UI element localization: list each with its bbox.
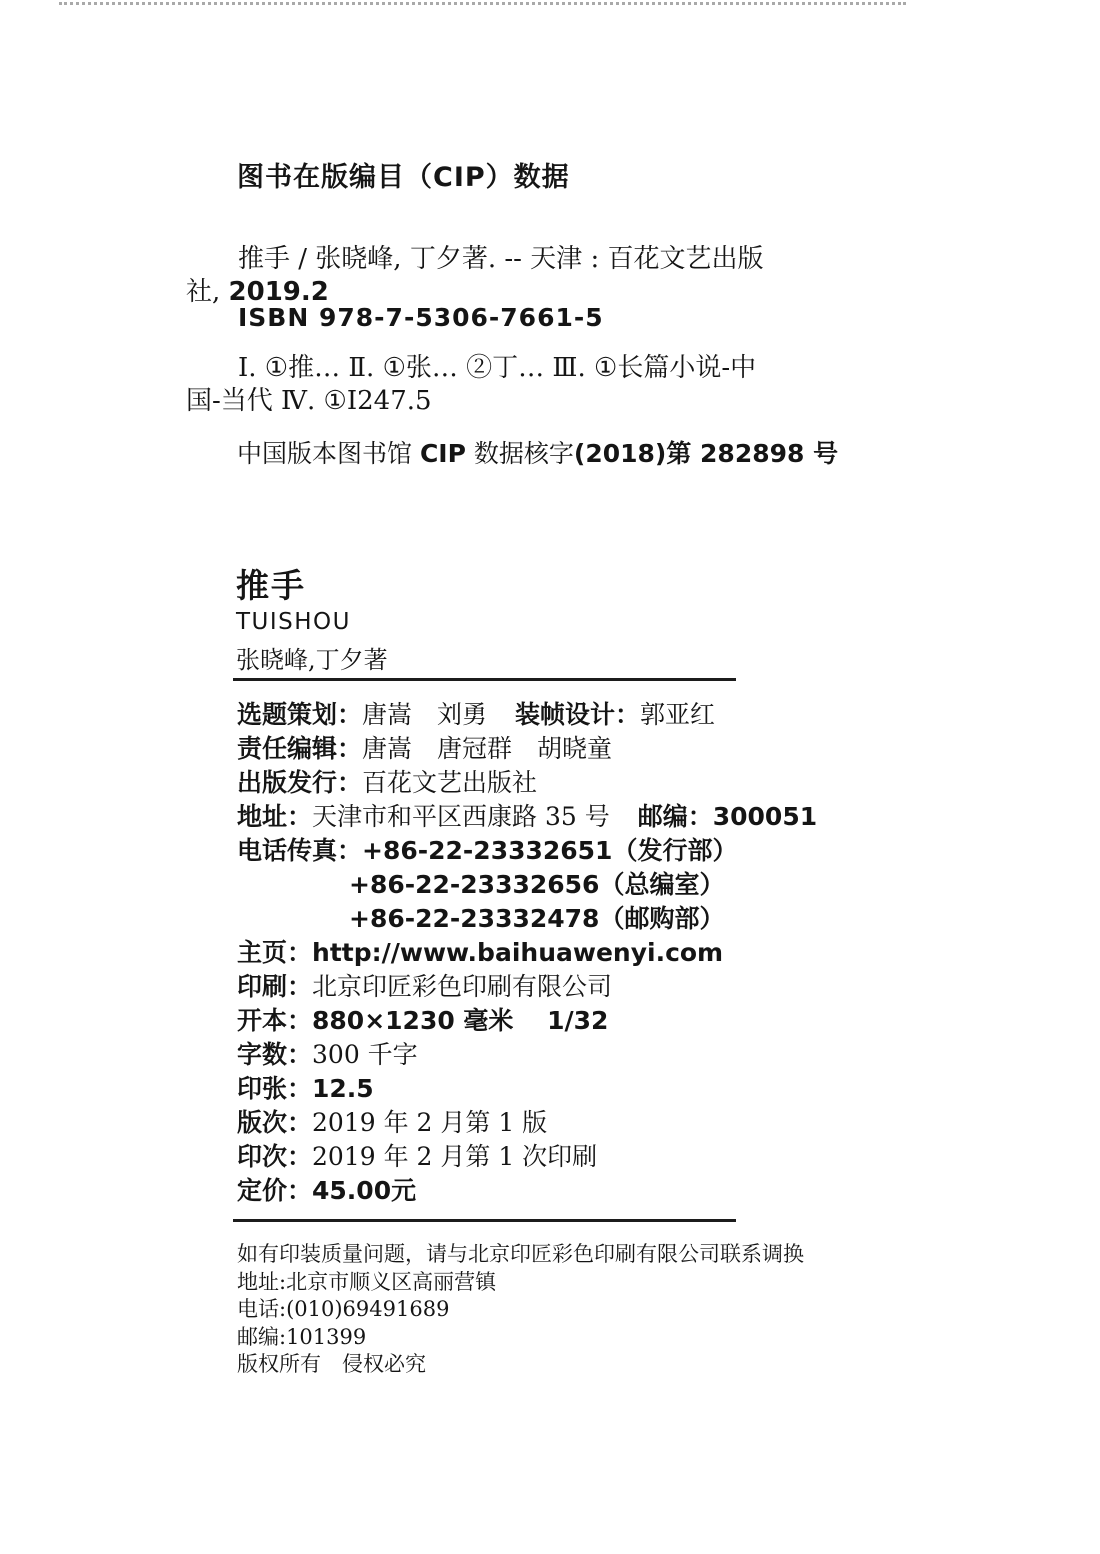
publication-info: 选题策划：唐嵩 刘勇装帧设计：郭亚红 责任编辑：唐嵩 唐冠群 胡晓童 出版发行：…: [237, 698, 817, 1208]
pub-row-sheets: 印张：12.5: [237, 1072, 817, 1106]
pub-row-phone-1: 电话传真：+86-22-23332651（发行部）: [237, 834, 817, 868]
isbn-line: ISBN 978-7-5306-7661-5: [238, 303, 604, 332]
pub-row-format: 开本：880×1230 毫米 1/32: [237, 1004, 817, 1038]
pub-row-value: +86-22-23332656（总编室）: [349, 870, 724, 899]
pub-row-value: +86-22-23332651（发行部）: [362, 836, 737, 865]
pub-row-label: 地址：: [237, 802, 312, 831]
pub-row-value2: 郭亚红: [640, 700, 715, 729]
pub-row-publisher: 出版发行：百花文艺出版社: [237, 766, 817, 800]
pub-row-planning: 选题策划：唐嵩 刘勇装帧设计：郭亚红: [237, 698, 817, 732]
pub-row-label2: 装帧设计：: [515, 700, 640, 729]
pub-row-edition: 版次：2019 年 2 月第 1 版: [237, 1106, 817, 1140]
printer-contact-block: 如有印装质量问题，请与北京印匠彩色印刷有限公司联系调换 地址:北京市顺义区高丽营…: [237, 1241, 804, 1379]
pub-row-value: +86-22-23332478（邮购部）: [349, 904, 724, 933]
pub-row-printer: 印刷：北京印匠彩色印刷有限公司: [237, 970, 817, 1004]
pub-row-phone-3: +86-22-23332478（邮购部）: [237, 902, 817, 936]
book-title: 推手: [236, 560, 306, 607]
pub-row-label: 选题策划：: [237, 700, 362, 729]
pub-row-value: 2019 年 2 月第 1 次印刷: [312, 1142, 597, 1171]
cip-classification-line2: 国-当代 Ⅳ. ①I247.5: [186, 385, 756, 418]
cip-record-number: 中国版本图书馆 CIP 数据核字(2018)第 282898 号: [237, 434, 838, 470]
pub-row-value: http://www.baihuawenyi.com: [312, 938, 723, 967]
cip-description: 推手 / 张晓峰, 丁夕著. -- 天津 : 百花文艺出版 社, 2019.2: [186, 243, 763, 309]
pub-row-value2: 300051: [713, 802, 817, 831]
pub-row-label: 印次：: [237, 1142, 312, 1171]
pub-row-label: 版次：: [237, 1108, 312, 1137]
top-dotted-divider: [59, 2, 906, 5]
cip-description-line1: 推手 / 张晓峰, 丁夕著. -- 天津 : 百花文艺出版: [186, 243, 763, 276]
pub-row-word-count: 字数：300 千字: [237, 1038, 817, 1072]
book-authors: 张晓峰,丁夕著: [236, 640, 388, 675]
pub-row-price: 定价：45.00元: [237, 1174, 817, 1208]
pub-row-label: 开本：: [237, 1006, 312, 1035]
pub-row-label: 责任编辑：: [237, 734, 362, 763]
cip-classification: Ⅰ. ①推… Ⅱ. ①张… ②丁… Ⅲ. ①长篇小说-中 国-当代 Ⅳ. ①I2…: [186, 352, 756, 418]
pub-row-label: 定价：: [237, 1176, 312, 1205]
book-copyright-page: 图书在版编目（CIP）数据 推手 / 张晓峰, 丁夕著. -- 天津 : 百花文…: [0, 0, 1100, 1554]
pub-row-value: 天津市和平区西康路 35 号: [312, 802, 610, 831]
pub-row-editor: 责任编辑：唐嵩 唐冠群 胡晓童: [237, 732, 817, 766]
printer-address: 地址:北京市顺义区高丽营镇: [237, 1269, 804, 1297]
pub-row-value: 唐嵩 刘勇: [362, 700, 487, 729]
pub-row-phone-2: +86-22-23332656（总编室）: [237, 868, 817, 902]
pub-row-value: 北京印匠彩色印刷有限公司: [312, 972, 612, 1001]
pub-row-value: 百花文艺出版社: [362, 768, 537, 797]
cip-header: 图书在版编目（CIP）数据: [237, 155, 570, 194]
book-title-pinyin: TUISHOU: [236, 609, 351, 635]
pub-row-homepage: 主页：http://www.baihuawenyi.com: [237, 936, 817, 970]
pub-row-value: 880×1230 毫米 1/32: [312, 1006, 608, 1035]
copyright-notice: 版权所有 侵权必究: [237, 1351, 804, 1379]
cip-classification-line1: Ⅰ. ①推… Ⅱ. ①张… ②丁… Ⅲ. ①长篇小说-中: [186, 352, 756, 385]
pub-row-label: 字数：: [237, 1040, 312, 1069]
pub-row-label: 印张：: [237, 1074, 312, 1103]
title-divider-line: [233, 678, 736, 681]
pub-row-address: 地址：天津市和平区西康路 35 号邮编：300051: [237, 800, 817, 834]
pub-row-label: 主页：: [237, 938, 312, 967]
price-divider-line: [233, 1219, 736, 1222]
printer-postcode: 邮编:101399: [237, 1324, 804, 1352]
quality-notice: 如有印装质量问题，请与北京印匠彩色印刷有限公司联系调换: [237, 1241, 804, 1269]
pub-row-label2: 邮编：: [638, 802, 713, 831]
pub-row-label: 印刷：: [237, 972, 312, 1001]
pub-row-printing: 印次：2019 年 2 月第 1 次印刷: [237, 1140, 817, 1174]
pub-row-value: 300 千字: [312, 1040, 418, 1069]
pub-row-value: 45.00元: [312, 1176, 416, 1205]
printer-phone: 电话:(010)69491689: [237, 1296, 804, 1324]
pub-row-label: 电话传真：: [237, 836, 362, 865]
pub-row-value: 2019 年 2 月第 1 版: [312, 1108, 547, 1137]
pub-row-value: 12.5: [312, 1074, 374, 1103]
pub-row-value: 唐嵩 唐冠群 胡晓童: [362, 734, 612, 763]
pub-row-label: 出版发行：: [237, 768, 362, 797]
